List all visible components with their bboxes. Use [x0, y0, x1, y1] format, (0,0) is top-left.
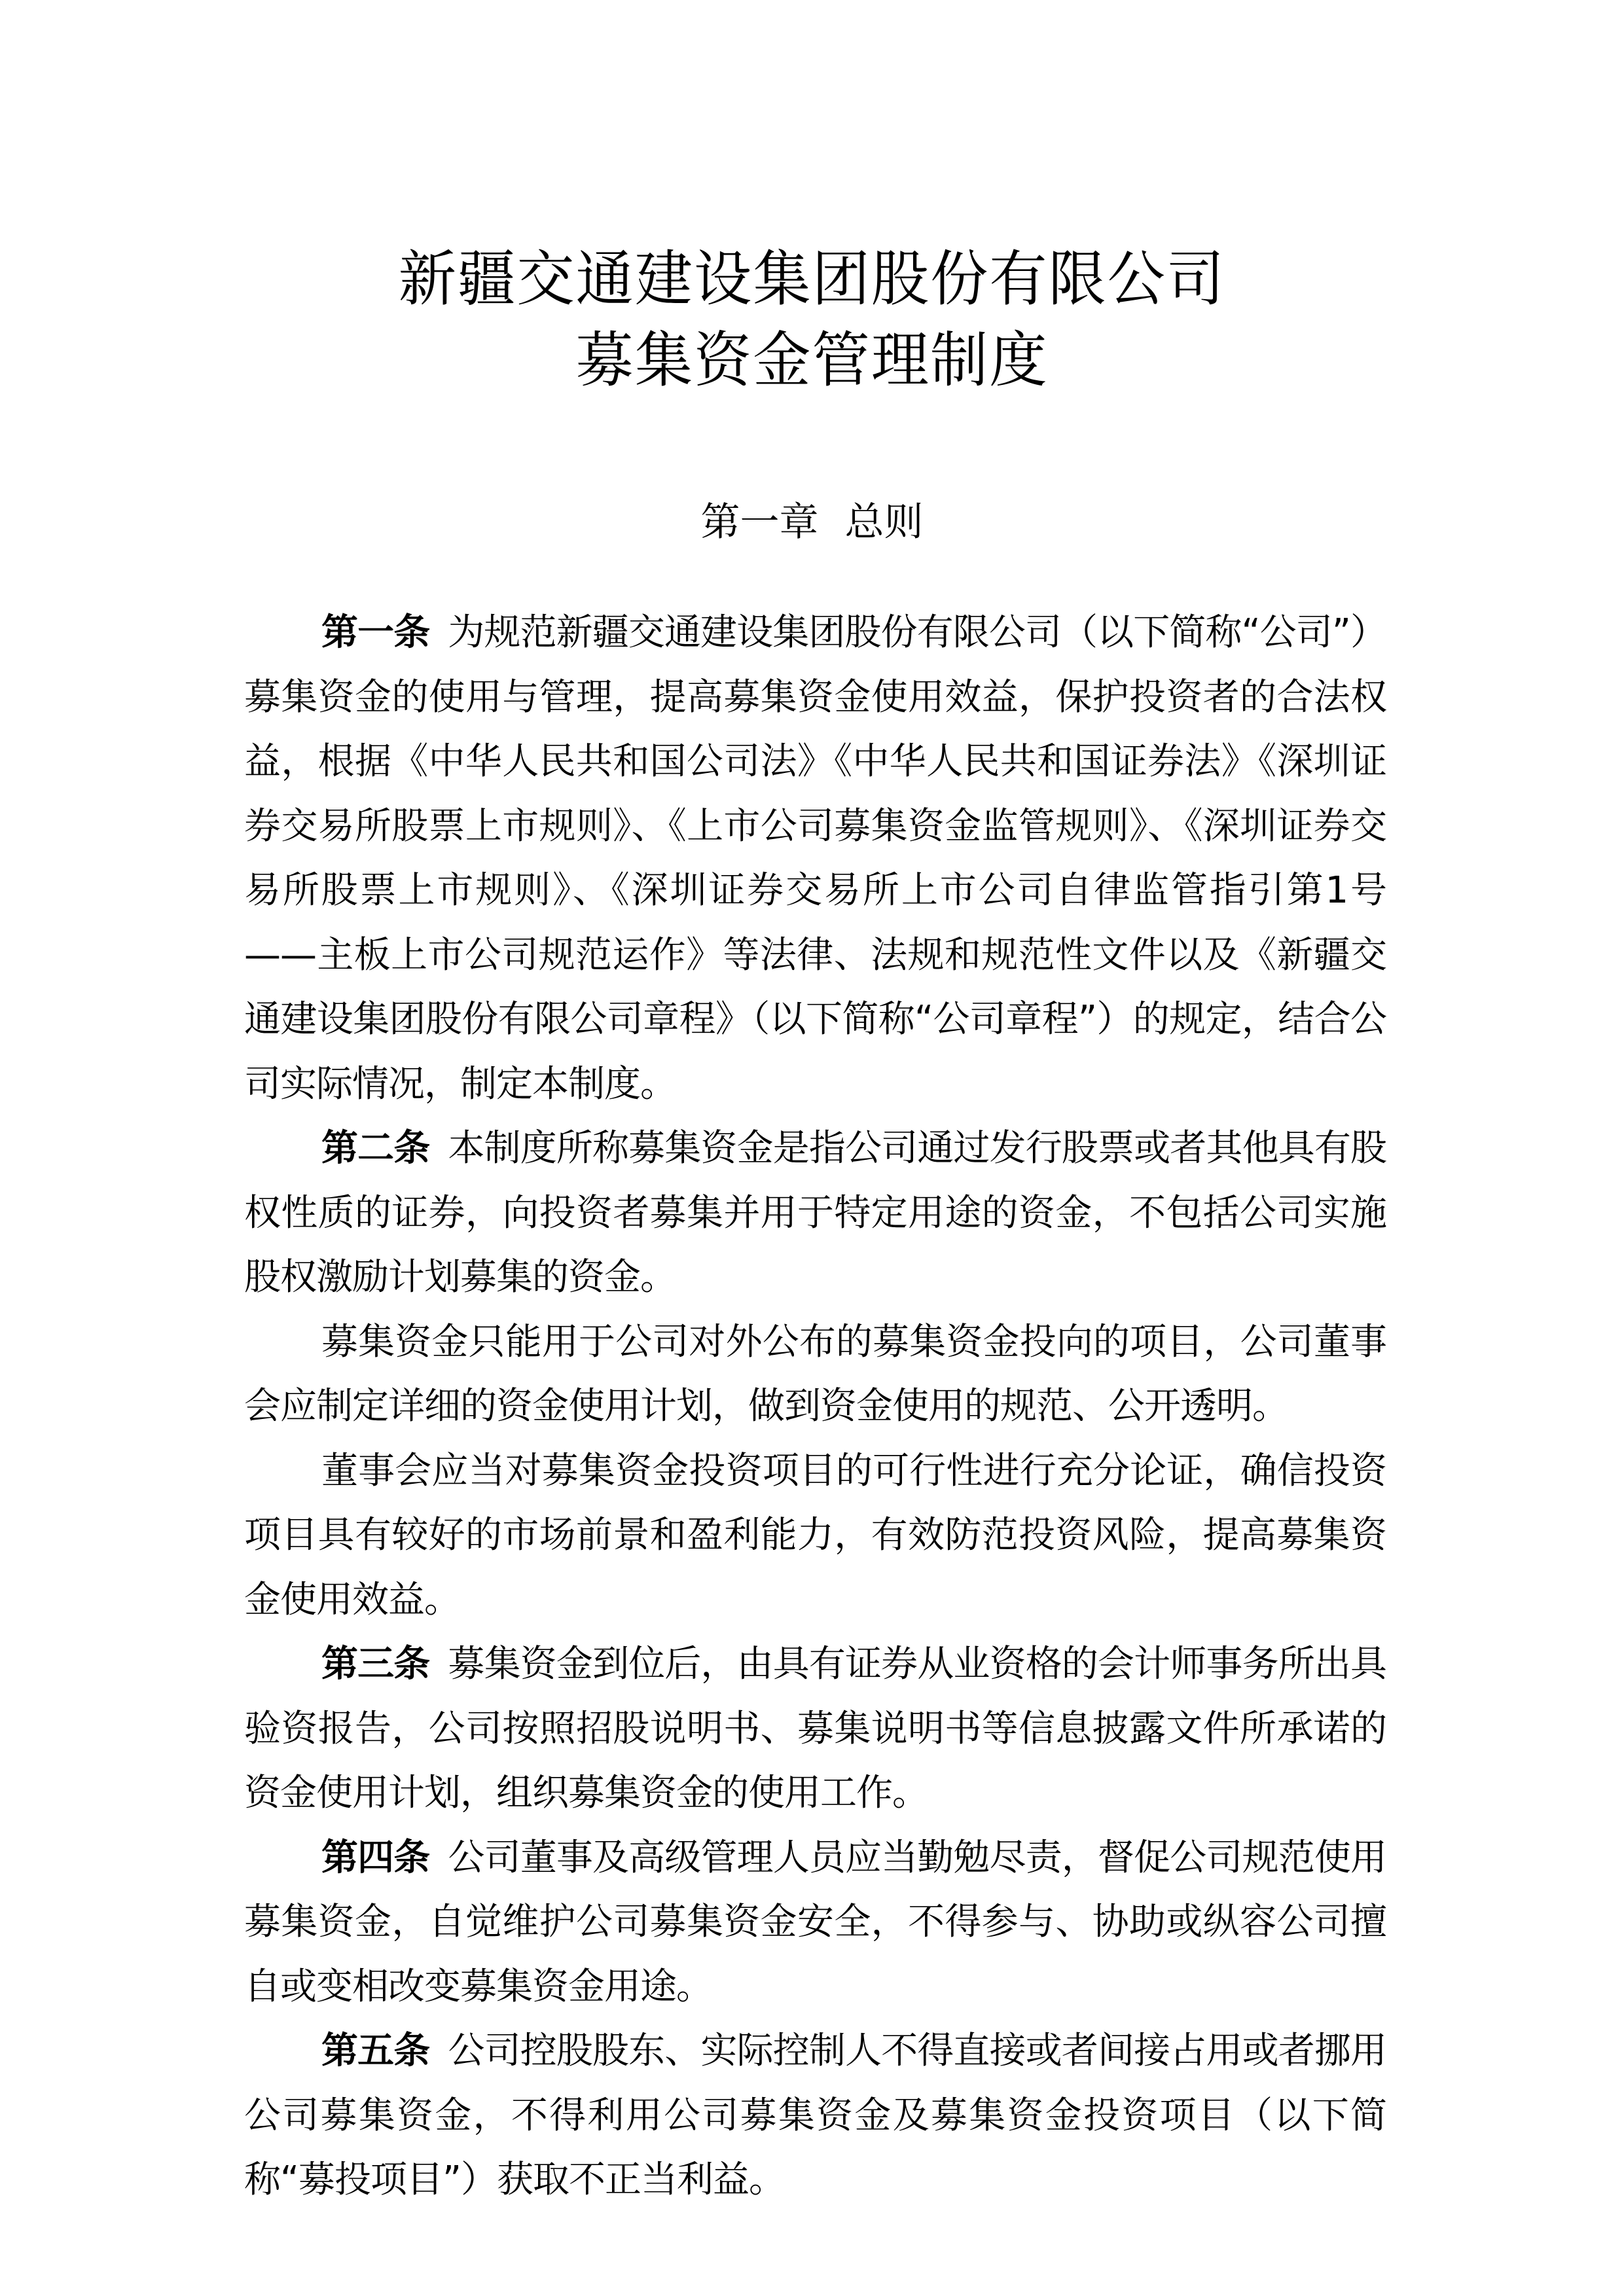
- article-2-paragraph: 第二条本制度所称募集资金是指公司通过发行股票或者其他具有股权性质的证券，向投资者…: [244, 1117, 1386, 1310]
- article-4-paragraph: 第四条公司董事及高级管理人员应当勤勉尽责，督促公司规范使用募集资金，自觉维护公司…: [244, 1826, 1386, 2020]
- title-line-regulation: 募集资金管理制度: [33, 320, 1592, 401]
- article-text: 为规范新疆交通建设集团股份有限公司（以下简称“公司”）募集资金的使用与管理，提高…: [244, 611, 1386, 1105]
- article-2-paragraph-continued-1: 募集资金只能用于公司对外公布的募集资金投向的项目，公司董事会应制定详细的资金使用…: [244, 1310, 1386, 1439]
- document-title: 新疆交通建设集团股份有限公司 募集资金管理制度: [0, 239, 1624, 401]
- article-number: 第四条: [321, 1837, 429, 1879]
- article-number: 第三条: [321, 1643, 429, 1685]
- document-page: 新疆交通建设集团股份有限公司 募集资金管理制度 第一章总则 第一条为规范新疆交通…: [0, 0, 1624, 2296]
- article-3-paragraph: 第三条募集资金到位后，由具有证券从业资格的会计师事务所出具验资报告，公司按照招股…: [244, 1632, 1386, 1826]
- paragraph-text: 董事会应当对募集资金投资项目的可行性进行充分论证，确信投资项目具有较好的市场前景…: [244, 1450, 1386, 1621]
- title-line-company: 新疆交通建设集团股份有限公司: [33, 239, 1592, 320]
- paragraph-text: 募集资金只能用于公司对外公布的募集资金投向的项目，公司董事会应制定详细的资金使用…: [244, 1321, 1386, 1428]
- chapter-number: 第一章: [701, 499, 819, 545]
- article-number: 第五条: [321, 2030, 429, 2072]
- article-number: 第二条: [321, 1127, 429, 1170]
- article-2-paragraph-continued-2: 董事会应当对募集资金投资项目的可行性进行充分论证，确信投资项目具有较好的市场前景…: [244, 1439, 1386, 1633]
- chapter-heading: 第一章总则: [0, 496, 1624, 548]
- article-5-paragraph: 第五条公司控股股东、实际控制人不得直接或者间接占用或者挪用公司募集资金，不得利用…: [244, 2019, 1386, 2213]
- chapter-name: 总则: [845, 499, 924, 545]
- article-1-paragraph: 第一条为规范新疆交通建设集团股份有限公司（以下简称“公司”）募集资金的使用与管理…: [244, 601, 1386, 1117]
- document-body: 第一条为规范新疆交通建设集团股份有限公司（以下简称“公司”）募集资金的使用与管理…: [244, 601, 1386, 2213]
- article-number: 第一条: [321, 611, 429, 654]
